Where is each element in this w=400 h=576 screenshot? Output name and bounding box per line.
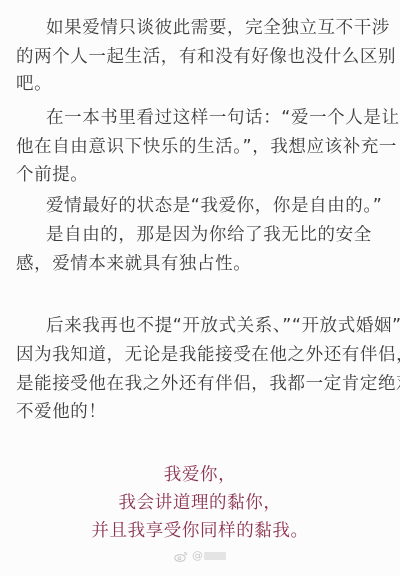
poem-line-2: 我会讲道理的黏你， xyxy=(0,492,400,514)
watermark-username: @ xyxy=(192,549,203,562)
paragraph-5-line-2: 因为我知道，无论是我能接受在他之外还有伴侣，还 xyxy=(16,344,388,366)
poem-line-1: 我爱你， xyxy=(0,464,400,486)
paragraph-5-line-1: 后来我再也不提“开放式关系、”“开放式婚姻”， xyxy=(46,315,400,337)
paragraph-2-line-2: 他在自由意识下快乐的生活。”，我想应该补充一 xyxy=(16,136,388,158)
paragraph-4-line-2: 感，爱情本来就具有独占性。 xyxy=(16,253,388,275)
watermark-username-blurred xyxy=(204,552,226,560)
paragraph-3-line-1: 爱情最好的状态是“我爱你，你是自由的。” xyxy=(46,195,400,217)
poem-line-3: 并且我享受你同样的黏我。 xyxy=(0,520,400,542)
paragraph-5-line-3: 是能接受他在我之外还有伴侣，我都一定肯定绝对是 xyxy=(16,373,388,395)
paragraph-1-line-1: 如果爱情只谈彼此需要，完全独立互不干涉 xyxy=(46,17,400,39)
paragraph-2-line-3: 个前提。 xyxy=(16,164,388,186)
weibo-logo-icon xyxy=(174,551,188,562)
paragraph-4-line-1: 是自由的，那是因为你给了我无比的安全 xyxy=(46,224,400,246)
paragraph-1-line-3: 吧。 xyxy=(16,73,388,95)
paragraph-5-line-4: 不爱他的！ xyxy=(16,401,388,423)
paragraph-1-line-2: 的两个人一起生活，有和没有好像也没什么区别 xyxy=(16,46,388,68)
paragraph-2-line-1: 在一本书里看过这样一句话：“爱一个人是让 xyxy=(46,107,400,129)
document-page: 如果爱情只谈彼此需要，完全独立互不干涉 的两个人一起生活，有和没有好像也没什么区… xyxy=(0,0,400,576)
weibo-watermark: @ xyxy=(0,549,400,563)
